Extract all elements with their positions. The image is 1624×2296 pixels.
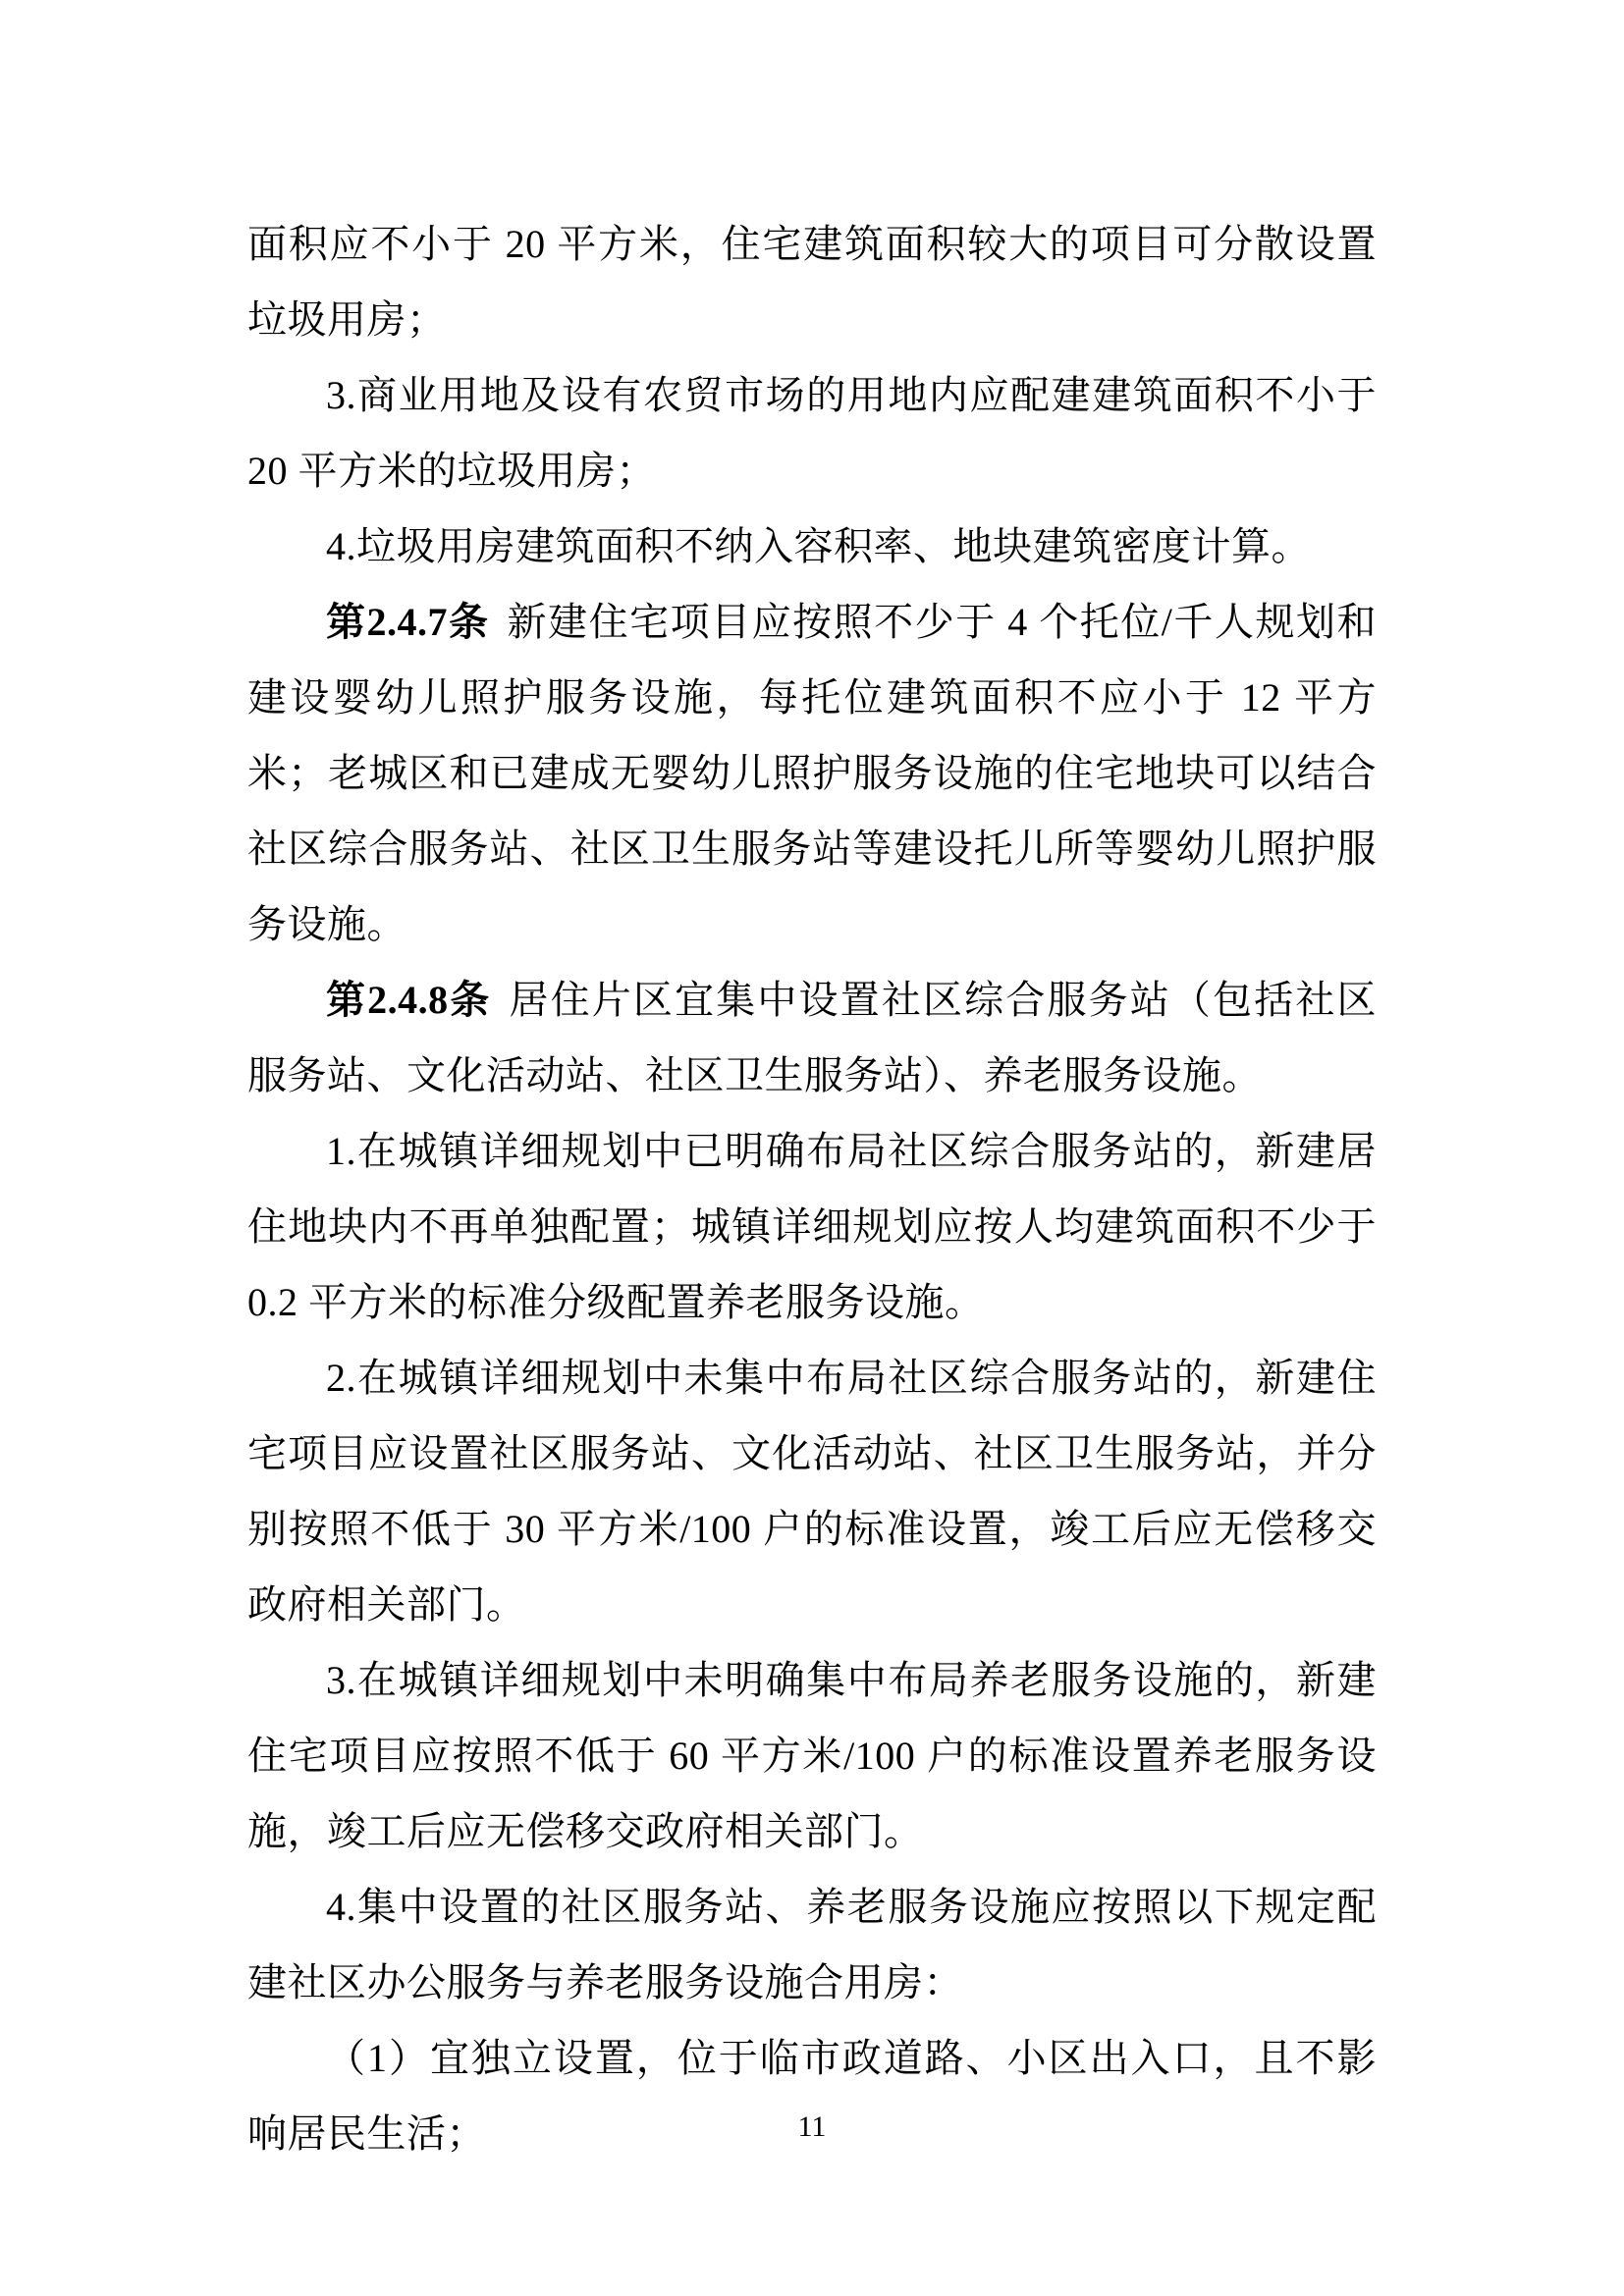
document-body: 面积应不小于 20 平方米，住宅建筑面积较大的项目可分散设置垃圾用房； 3.商业… (247, 206, 1377, 2171)
clause-number: 第2.4.7条 (326, 600, 490, 644)
paragraph-text: 1.在城镇详细规划中已明确布局社区综合服务站的，新建居住地块内不再单独配置；城镇… (247, 1129, 1377, 1324)
paragraph: 第2.4.7条新建住宅项目应按照不少于 4 个托位/千人规划和建设婴幼儿照护服务… (247, 584, 1377, 962)
paragraph-text: 2.在城镇详细规划中未集中布局社区综合服务站的，新建住宅项目应设置社区服务站、文… (247, 1356, 1377, 1627)
paragraph: 4.垃圾用房建筑面积不纳入容积率、地块建筑密度计算。 (247, 508, 1377, 584)
clause-number: 第2.4.8条 (326, 978, 491, 1022)
page-number: 11 (0, 2104, 1624, 2151)
paragraph-text: 4.垃圾用房建筑面积不纳入容积率、地块建筑密度计算。 (326, 524, 1311, 568)
paragraph: 4.集中设置的社区服务站、养老服务设施应按照以下规定配建社区办公服务与养老服务设… (247, 1869, 1377, 2020)
paragraph: 2.在城镇详细规划中未集中布局社区综合服务站的，新建住宅项目应设置社区服务站、文… (247, 1340, 1377, 1642)
paragraph-text: 3.商业用地及设有农贸市场的用地内应配建建筑面积不小于 20 平方米的垃圾用房； (247, 373, 1377, 493)
paragraph-text: 面积应不小于 20 平方米，住宅建筑面积较大的项目可分散设置垃圾用房； (247, 222, 1377, 342)
paragraph: 3.在城镇详细规划中未明确集中布局养老服务设施的，新建住宅项目应按照不低于 60… (247, 1642, 1377, 1869)
document-page: 面积应不小于 20 平方米，住宅建筑面积较大的项目可分散设置垃圾用房； 3.商业… (0, 0, 1624, 2296)
paragraph-text: 4.集中设置的社区服务站、养老服务设施应按照以下规定配建社区办公服务与养老服务设… (247, 1885, 1377, 2004)
paragraph: 1.在城镇详细规划中已明确布局社区综合服务站的，新建居住地块内不再单独配置；城镇… (247, 1113, 1377, 1340)
paragraph: 面积应不小于 20 平方米，住宅建筑面积较大的项目可分散设置垃圾用房； (247, 206, 1377, 357)
paragraph-text: 3.在城镇详细规划中未明确集中布局养老服务设施的，新建住宅项目应按照不低于 60… (247, 1658, 1377, 1853)
paragraph-text: 新建住宅项目应按照不少于 4 个托位/千人规划和建设婴幼儿照护服务设施，每托位建… (247, 600, 1377, 946)
paragraph: 3.商业用地及设有农贸市场的用地内应配建建筑面积不小于 20 平方米的垃圾用房； (247, 357, 1377, 508)
paragraph: 第2.4.8条居住片区宜集中设置社区综合服务站（包括社区服务站、文化活动站、社区… (247, 962, 1377, 1113)
